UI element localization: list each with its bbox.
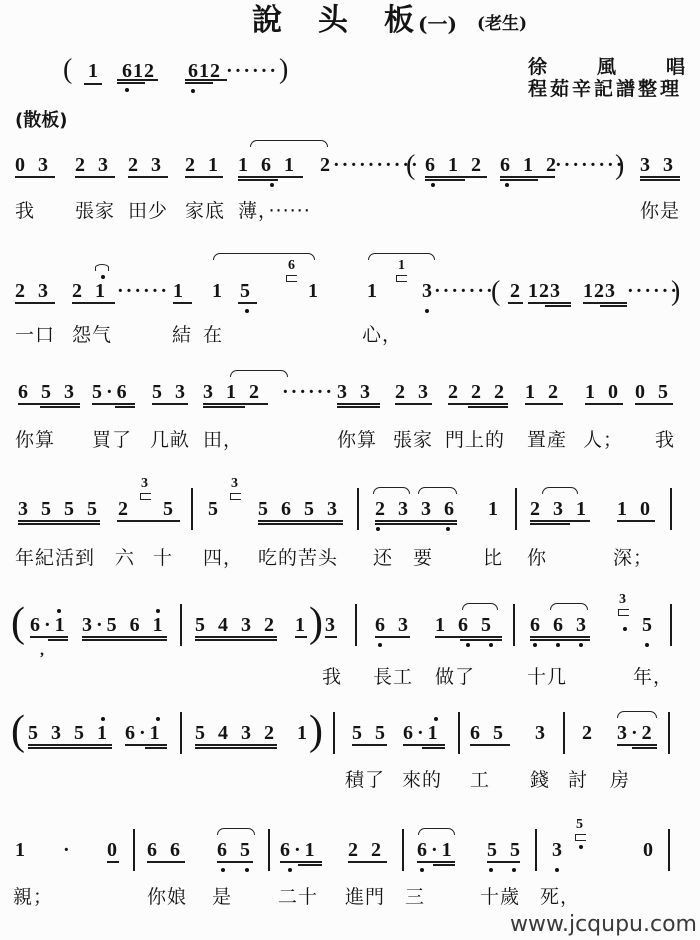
underline xyxy=(203,403,268,405)
octave-dot-low xyxy=(489,643,493,647)
lyric: 几畝 xyxy=(150,430,190,450)
barline xyxy=(180,604,182,646)
lyric: 你 xyxy=(527,548,547,568)
underline xyxy=(433,864,455,866)
underline xyxy=(115,406,135,408)
lyric: 張家 xyxy=(393,430,433,450)
note-group: 0 5 xyxy=(635,382,672,402)
underline xyxy=(92,403,135,405)
octave-dot-low xyxy=(431,183,435,187)
note-group: 1 xyxy=(15,840,29,860)
note-group: 6 1 2 xyxy=(425,155,485,175)
paren-open: ( xyxy=(11,709,25,753)
note-group: 0 3 xyxy=(15,155,52,175)
underline xyxy=(422,747,445,749)
score-page: 說头板 (一) (老生) 徐風唱 程茹辛記譜整理 ( 1 612 612 ···… xyxy=(0,0,700,940)
note-group: 612 xyxy=(122,61,155,81)
underline xyxy=(203,406,245,408)
note-group: 2 3 xyxy=(75,155,112,175)
note-group: 5 3 xyxy=(152,382,189,402)
note-group: 1 xyxy=(308,281,322,301)
underline xyxy=(500,179,538,181)
lyric: 我 xyxy=(322,667,342,687)
lyrics-row-1: 我 張家 田少 家底 薄，······ 你是 xyxy=(0,201,700,231)
grace-note: 6 xyxy=(288,259,295,273)
underline xyxy=(448,403,508,405)
note-group: 6·1 xyxy=(280,840,319,860)
lyric: 結 xyxy=(172,325,192,345)
underline xyxy=(185,82,213,84)
note-group: 2 xyxy=(582,723,596,743)
underline xyxy=(125,744,167,746)
lyric: 長工 xyxy=(373,667,413,687)
underline xyxy=(107,861,119,863)
note-group: 6·1 xyxy=(403,723,442,743)
lyric: 錢 xyxy=(530,770,550,790)
underline xyxy=(18,523,100,525)
slur xyxy=(230,370,288,377)
octave-dot-low xyxy=(425,309,429,313)
note-group: 5·6 xyxy=(92,382,131,402)
octave-dot-low xyxy=(489,868,493,872)
note-group: 2 1 xyxy=(185,155,222,175)
octave-dot-low xyxy=(191,89,195,93)
note-group: 1 xyxy=(295,615,309,635)
title-part-number: (一) xyxy=(418,12,457,36)
note-group: 2 1 xyxy=(72,281,109,301)
octave-dot-low xyxy=(645,643,649,647)
underline xyxy=(375,636,410,638)
underline xyxy=(525,403,563,405)
underline xyxy=(15,176,55,178)
score-row-4: 3 5 5 5 2 3 5 5 3 5 6 5 3 2 3 3 6 1 2 3 … xyxy=(0,499,700,529)
lyric: 在 xyxy=(203,325,223,345)
underline xyxy=(403,744,445,746)
lyric: 你算 xyxy=(337,430,377,450)
octave-dot-low xyxy=(579,845,583,849)
underline xyxy=(528,302,571,304)
octave-dot-low xyxy=(288,868,292,872)
underline xyxy=(617,520,655,522)
underline xyxy=(508,302,523,304)
ellipsis: ······ xyxy=(282,382,334,402)
note-group: 2 xyxy=(510,281,524,301)
underline xyxy=(425,179,465,181)
grace-mark-icon xyxy=(396,275,407,282)
lyric: 比 xyxy=(483,548,503,568)
paren-open: ( xyxy=(63,55,72,85)
paren-close: ) xyxy=(309,601,323,645)
note-group: 2 3 1 xyxy=(530,499,590,519)
lyric: 你算 xyxy=(15,430,55,450)
note-group: 3 xyxy=(535,723,549,743)
lyric: 做了 xyxy=(435,667,475,687)
underline xyxy=(530,639,590,641)
underline xyxy=(530,520,590,522)
underline xyxy=(325,636,337,638)
underline xyxy=(352,744,387,746)
lyric: 我 xyxy=(15,201,35,221)
lyric: 積了 xyxy=(345,770,385,790)
octave-dot-low xyxy=(512,868,516,872)
note-group: 1 2 xyxy=(525,382,562,402)
underline xyxy=(425,176,487,178)
note-group: 3 3 xyxy=(640,155,677,175)
note-group: 6 6 xyxy=(147,840,184,860)
lyric: 吃的苦头 xyxy=(258,548,338,568)
paren-open: ( xyxy=(406,151,415,181)
note-group: 3 xyxy=(325,615,339,635)
note-group: 1 xyxy=(488,499,502,519)
lyric: 是 xyxy=(212,887,232,907)
grace-mark-icon xyxy=(575,834,586,841)
lyric: 年紀活到 xyxy=(15,548,95,568)
paren-open: ( xyxy=(491,277,500,307)
underline xyxy=(417,861,455,863)
score-row-5: ( 6·1 , 3·5 6 1 5 4 3 2 1 ) 3 6 3 1 6 5 … xyxy=(0,615,700,645)
underline xyxy=(217,861,253,863)
note-group: 5 xyxy=(642,615,656,635)
underline xyxy=(280,861,322,863)
underline xyxy=(18,520,100,522)
lyric: 怨气 xyxy=(72,325,112,345)
note-group: 6 6 3 xyxy=(530,615,590,635)
lyric: 要 xyxy=(413,548,433,568)
note-group: 5 xyxy=(240,281,254,301)
grace-mark-icon xyxy=(140,493,151,500)
underline xyxy=(195,744,277,746)
note-group: 3 5 5 5 xyxy=(18,499,101,519)
underline xyxy=(635,403,673,405)
underline xyxy=(75,176,115,178)
underline xyxy=(84,83,102,85)
paren-close: ) xyxy=(309,709,323,753)
octave-dot-high xyxy=(101,717,105,721)
lyric: 買了 xyxy=(92,430,132,450)
note-group: 5 6 5 3 xyxy=(258,499,341,519)
lyric: 十 xyxy=(153,548,173,568)
note-group: 2 xyxy=(320,155,334,175)
note-group: 0 xyxy=(643,840,657,860)
octave-dot-high xyxy=(156,717,160,721)
underline xyxy=(337,406,380,408)
underline xyxy=(72,302,115,304)
lyric: 死， xyxy=(540,887,580,907)
lyric: 年， xyxy=(633,667,673,687)
underline xyxy=(28,744,112,746)
octave-dot-low xyxy=(376,527,380,531)
underline xyxy=(82,639,167,641)
note-group: 2 xyxy=(118,499,132,519)
note-group: 2 2 xyxy=(348,840,385,860)
underline xyxy=(40,406,80,408)
lyrics-row-2: 一口 怨气 結 在 心， xyxy=(0,325,700,355)
barline xyxy=(458,712,460,754)
grace-mark-icon xyxy=(230,493,241,500)
barline xyxy=(180,712,182,754)
lyric: 深； xyxy=(613,548,653,568)
note-group: 1 xyxy=(367,281,381,301)
underline xyxy=(632,747,657,749)
ellipsis: ······ xyxy=(117,281,169,301)
lyric: 田少 xyxy=(128,201,168,221)
underline xyxy=(18,403,80,405)
note-group: 6·1 xyxy=(125,723,164,743)
lyric: 一口 xyxy=(15,325,55,345)
note-group: 3·2 xyxy=(617,723,656,743)
octave-dot-low xyxy=(555,868,559,872)
barline xyxy=(268,829,270,871)
score-row-7: 1 · 0 6 6 6 5 6·1 2 2 6·1 5 5 3 5 0 xyxy=(0,840,700,870)
note-group: 1 xyxy=(173,281,187,301)
barline xyxy=(515,488,517,530)
note-group: 2 3 xyxy=(15,281,52,301)
lyric: 置產 xyxy=(527,430,567,450)
octave-dot-low xyxy=(579,643,583,647)
note-group: 6 5 3 xyxy=(18,382,78,402)
underline xyxy=(530,636,590,638)
octave-dot-low xyxy=(270,183,274,187)
underline xyxy=(470,744,510,746)
grace-note: 5 xyxy=(576,818,583,832)
octave-dot-low xyxy=(505,183,509,187)
underline xyxy=(337,403,380,405)
octave-dot-high xyxy=(57,609,61,613)
underline xyxy=(500,176,555,178)
note-group: 6·1 xyxy=(30,615,69,635)
grace-mark-icon xyxy=(618,609,629,616)
barline xyxy=(513,604,515,646)
grace-mark-icon xyxy=(286,275,297,282)
lyric: 六 xyxy=(115,548,135,568)
lyrics-row-4: 年紀活到 六 十 四， 吃的苦头 还 要 比 你 深； xyxy=(0,548,700,578)
underline xyxy=(585,403,623,405)
underline xyxy=(238,179,278,181)
underline xyxy=(147,861,185,863)
lyric: 十几 xyxy=(527,667,567,687)
octave-dot-high xyxy=(101,275,105,279)
slur xyxy=(418,487,457,494)
barline xyxy=(563,712,565,754)
barline xyxy=(670,604,672,646)
underline xyxy=(185,176,223,178)
octave-dot-high xyxy=(434,717,438,721)
note-group: 5 5 xyxy=(352,723,389,743)
note-group: 0 xyxy=(107,840,121,860)
note-group: 5 4 3 2 xyxy=(195,615,278,635)
note-group: 6 1 2 xyxy=(500,155,560,175)
underline xyxy=(640,176,680,178)
lyrics-row-3: 你算 買了 几畝 田， 你算 張家 門上的 置產 人； 我 xyxy=(0,430,700,460)
paren-open: ( xyxy=(11,601,25,645)
octave-dot-low xyxy=(245,309,249,313)
lyric: 还 xyxy=(373,548,393,568)
underline xyxy=(48,639,68,641)
paren-close: ) xyxy=(671,277,680,307)
lyric: 四， xyxy=(203,548,243,568)
note-group: 6·1 xyxy=(417,840,456,860)
barline xyxy=(402,829,404,871)
underline xyxy=(195,636,277,638)
breath-mark: , xyxy=(40,643,44,659)
underline xyxy=(258,523,343,525)
underline xyxy=(195,639,277,641)
lyric: 二十 xyxy=(278,887,318,907)
score-row-2: 2 3 2 1 ······ 1 1 5 6 1 1 1 3 ······· (… xyxy=(0,281,700,311)
underline xyxy=(145,747,167,749)
underline xyxy=(117,79,158,81)
ellipsis: ······ xyxy=(226,61,278,81)
slur xyxy=(550,603,588,610)
paren-close: ) xyxy=(279,55,288,85)
barline xyxy=(670,488,672,530)
note-group: 6 5 xyxy=(470,723,507,743)
note-group: 6 5 xyxy=(217,840,254,860)
lyric: 門上的 xyxy=(445,430,505,450)
slur xyxy=(462,603,498,610)
underline xyxy=(487,861,520,863)
underline xyxy=(15,302,55,304)
ellipsis: ······· xyxy=(434,281,495,301)
grace-note: 3 xyxy=(141,477,148,491)
underline xyxy=(395,403,432,405)
note-group: 1 xyxy=(88,61,102,81)
underline xyxy=(82,636,167,638)
underline xyxy=(295,636,307,638)
underline xyxy=(117,82,145,84)
lyric: 你娘 xyxy=(147,887,187,907)
octave-dot-low xyxy=(533,643,537,647)
octave-dot-high xyxy=(156,609,160,613)
note-group: 3 xyxy=(552,840,566,860)
lyric: 親； xyxy=(13,887,53,907)
barline xyxy=(535,829,537,871)
lyrics-row-6: 積了 來的 工 錢 討 房 xyxy=(0,770,700,800)
score-row-1: 0 3 2 3 2 3 2 1 1 6 1 2 ·········· ( 6 1… xyxy=(0,155,700,185)
underline xyxy=(117,520,180,522)
slur xyxy=(213,253,315,260)
barline xyxy=(333,712,335,754)
barline xyxy=(191,488,193,530)
lyric: 三 xyxy=(405,887,425,907)
underline xyxy=(128,176,168,178)
intro-row: ( 1 612 612 ······ ) xyxy=(0,61,700,91)
slur xyxy=(542,487,578,494)
grace-note: 3 xyxy=(231,477,238,491)
note-group: 2 3 xyxy=(128,155,165,175)
barline xyxy=(355,604,357,646)
title-role-type: (老生) xyxy=(477,13,527,35)
tempo-marking: (散板) xyxy=(15,111,67,131)
underline xyxy=(298,864,322,866)
slur xyxy=(373,487,410,494)
underline xyxy=(30,636,68,638)
octave-dot-low xyxy=(125,88,129,92)
underline xyxy=(600,305,627,307)
note-group: 3 1 2 xyxy=(203,382,263,402)
note-group: 3·5 6 1 xyxy=(82,615,167,635)
note-group: 1 6 1 xyxy=(238,155,298,175)
slur xyxy=(617,711,657,718)
underline xyxy=(185,79,227,81)
note-group: 5 3 5 1 xyxy=(28,723,111,743)
underline xyxy=(238,302,257,304)
underline xyxy=(195,747,277,749)
underline xyxy=(348,861,387,863)
lyric: 十歲 xyxy=(480,887,520,907)
underline xyxy=(468,406,508,408)
barline xyxy=(668,712,670,754)
underline xyxy=(545,305,571,307)
lyric: 薄，······ xyxy=(238,201,311,221)
ellipsis: ········ xyxy=(555,155,624,175)
note-group: 2 3 xyxy=(395,382,432,402)
underline xyxy=(375,520,457,522)
score-row-6: ( 5 3 5 1 6·1 5 4 3 2 1 ) 5 5 6·1 6 5 3 … xyxy=(0,723,700,753)
underline xyxy=(238,176,303,178)
note-group: 1 6 5 xyxy=(435,615,495,635)
note-group: 2 3 3 6 xyxy=(375,499,458,519)
lyric: 來的 xyxy=(402,770,442,790)
lyric: 房 xyxy=(610,770,630,790)
note-group: 5 xyxy=(208,499,222,519)
lyric: 心， xyxy=(362,325,402,345)
note-group: 3 3 xyxy=(337,382,374,402)
augmentation-dot: · xyxy=(63,840,74,860)
underline xyxy=(258,520,343,522)
lyric: 我 xyxy=(655,430,675,450)
note-group: 123 xyxy=(528,281,561,301)
slur xyxy=(250,140,328,147)
octave-dot-low xyxy=(245,868,249,872)
octave-dot-low xyxy=(378,643,382,647)
underline xyxy=(617,744,657,746)
octave-dot-low xyxy=(556,643,560,647)
lyric: 家底 xyxy=(185,201,225,221)
note-group: 6 3 xyxy=(375,615,412,635)
note-group: 5 5 xyxy=(487,840,524,860)
underline xyxy=(28,747,112,749)
lyric: 討 xyxy=(568,770,588,790)
lyric: 工 xyxy=(470,770,490,790)
score-row-3: 6 5 3 5·6 5 3 3 1 2 ······ 3 3 2 3 2 2 2… xyxy=(0,382,700,412)
underline xyxy=(583,302,627,304)
note-group: 1 0 xyxy=(617,499,654,519)
underline xyxy=(173,302,192,304)
octave-dot-low xyxy=(420,868,424,872)
lyric: 人； xyxy=(583,430,623,450)
octave-dot-low xyxy=(466,643,470,647)
underline xyxy=(530,523,570,525)
underline xyxy=(375,523,457,525)
fermata-icon xyxy=(95,264,109,271)
barline xyxy=(357,488,359,530)
lyric: 你是 xyxy=(640,201,680,221)
underline xyxy=(435,636,502,638)
note-group: 5 4 3 2 xyxy=(195,723,278,743)
grace-note: 3 xyxy=(619,593,626,607)
octave-dot-low xyxy=(623,627,627,631)
slur xyxy=(418,828,455,835)
barline xyxy=(668,829,670,871)
note-group: 2 2 2 xyxy=(448,382,508,402)
lyric: 進門 xyxy=(345,887,385,907)
note-group: 1 xyxy=(212,281,226,301)
lyric: 田， xyxy=(203,430,243,450)
grace-note: 1 xyxy=(398,259,405,273)
note-group: 123 xyxy=(583,281,616,301)
note-group: 612 xyxy=(188,61,221,81)
